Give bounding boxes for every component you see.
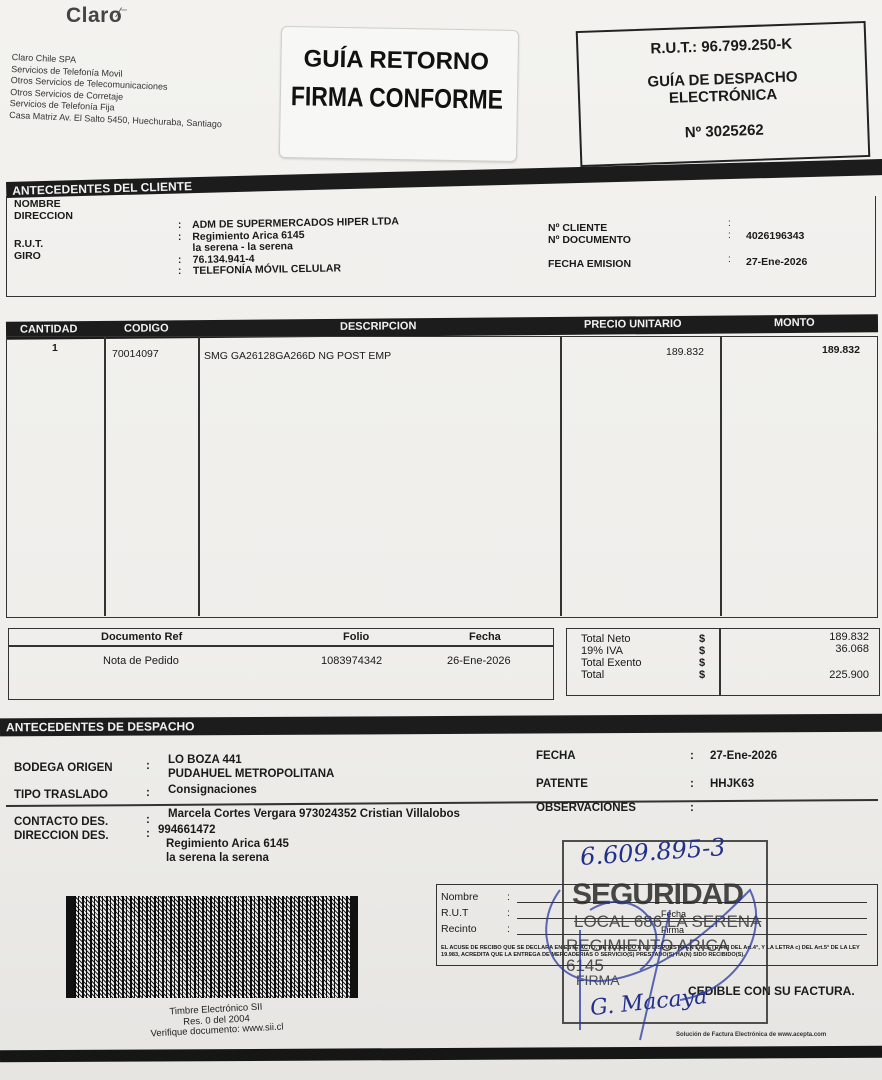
client-labels: NOMBRE DIRECCION R.U.T. GIRO — [14, 198, 73, 262]
label-fecha: FECHA — [536, 750, 576, 762]
row-codigo: 70014097 — [112, 348, 159, 360]
row-cantidad: 1 — [52, 342, 58, 354]
items-table: CANTIDAD CODIGO DESCRIPCION PRECIO UNITA… — [6, 318, 878, 618]
issuer-rut: R.U.T.: 96.799.250-K — [578, 33, 864, 60]
col-codigo: CODIGO — [124, 322, 169, 334]
pdf417-pattern — [74, 896, 356, 998]
col-cantidad: CANTIDAD — [20, 323, 78, 336]
label-bodega-origen: BODEGA ORIGEN — [14, 762, 113, 774]
barcode-guard — [350, 896, 358, 998]
n-documento-value: 4026196343 — [746, 230, 807, 242]
signature-scribble-icon — [520, 850, 800, 1050]
totals-box: Total Neto 19% IVA Total Exento Total $ … — [566, 628, 880, 696]
client-colons: :::: — [178, 220, 181, 278]
barcode-guard — [66, 896, 74, 998]
client-right-colons: ::: — [728, 218, 731, 266]
totals-divider — [719, 629, 721, 695]
direccion-line-2: Regimiento Arica 6145 — [166, 838, 289, 850]
ref-fecha: 26-Ene-2026 — [447, 655, 511, 667]
claro-logo: Claro — [66, 4, 122, 28]
reference-table: Documento Ref Folio Fecha Nota de Pedido… — [8, 628, 554, 700]
contacto-value: Marcela Cortes Vergara 973024352 Cristia… — [168, 808, 460, 820]
col-divider — [198, 336, 200, 616]
label-giro: GIRO — [14, 250, 73, 262]
col-divider — [560, 336, 562, 616]
items-table-frame — [6, 336, 878, 618]
bodega-line-2: PUDAHUEL METROPOLITANA — [168, 768, 334, 780]
rut-box: R.U.T.: 96.799.250-K GUÍA DE DESPACHO EL… — [576, 21, 871, 167]
label-nombre-receptor: Nombre — [441, 891, 478, 903]
timbre-text: Timbre Electrónico SII Res. 0 del 2004 V… — [149, 1002, 284, 1040]
electronic-stamp-barcode — [66, 880, 356, 1010]
dispatch-divider — [6, 799, 878, 807]
total-label: Total — [581, 669, 604, 681]
label-rut-receptor: R.U.T — [441, 907, 468, 919]
dispatch-guide-document: Claro ⁄⁻ Claro Chile SPA Servicios de Te… — [0, 0, 882, 1080]
label-observaciones: OBSERVACIONES — [536, 802, 636, 814]
client-right-values: 4026196343 27-Ene-2026 — [746, 230, 807, 268]
currency-symbol: $ — [699, 657, 705, 669]
label-fecha-emision: FECHA EMISION — [548, 258, 631, 270]
ref-header-folio: Folio — [343, 631, 369, 643]
sticker-line-1: GUÍA RETORNO — [303, 45, 489, 76]
ref-documento: Nota de Pedido — [103, 655, 179, 667]
label-direccion-des: DIRECCION DES. — [14, 830, 109, 842]
fecha-emision-value: 27-Ene-2026 — [746, 256, 807, 268]
patente-value: HHJK63 — [710, 778, 754, 790]
label-patente: PATENTE — [536, 778, 588, 790]
dispatch-section-header: ANTECEDENTES DE DESPACHO — [0, 714, 882, 737]
currency-symbol: $ — [699, 669, 705, 681]
total-neto-label: Total Neto — [581, 633, 631, 645]
col-precio-unitario: PRECIO UNITARIO — [584, 318, 682, 331]
ref-folio: 1083974342 — [321, 655, 382, 667]
iva-value: 36.068 — [835, 643, 869, 655]
bottom-bar — [0, 1046, 882, 1063]
row-monto: 189.832 — [822, 344, 860, 356]
label-n-documento: Nº DOCUMENTO — [548, 234, 631, 246]
ref-separator — [9, 645, 553, 647]
return-guide-sticker: GUÍA RETORNO FIRMA CONFORME — [279, 26, 519, 162]
total-value: 225.900 — [829, 669, 869, 681]
row-precio-unitario: 189.832 — [666, 346, 704, 358]
label-rut: R.U.T. — [14, 238, 73, 250]
ref-header-documento: Documento Ref — [101, 631, 182, 643]
total-neto-value: 189.832 — [829, 631, 869, 643]
company-info: Claro Chile SPA Servicios de Telefonía M… — [9, 52, 225, 130]
client-section-header: ANTECEDENTES DEL CLIENTE — [6, 159, 882, 198]
label-n-cliente: Nº CLIENTE — [548, 222, 631, 234]
total-exento-label: Total Exento — [581, 657, 642, 669]
label-nombre: NOMBRE — [14, 198, 73, 210]
fecha-value: 27-Ene-2026 — [710, 750, 777, 762]
solution-provider: Solución de Factura Electrónica de www.a… — [676, 1032, 826, 1038]
currency-symbol: $ — [699, 645, 705, 657]
logo-rays-icon: ⁄⁻ — [118, 4, 128, 21]
client-right-labels: Nº CLIENTE Nº DOCUMENTO FECHA EMISION — [548, 222, 631, 270]
document-type: GUÍA DE DESPACHO ELECTRÓNICA — [579, 66, 866, 110]
col-divider — [104, 336, 106, 616]
bodega-line-1: LO BOZA 441 — [168, 754, 242, 766]
col-divider — [720, 336, 722, 616]
currency-symbol: $ — [699, 633, 705, 645]
sticker-line-2: FIRMA CONFORME — [291, 81, 504, 116]
tipo-traslado-value: Consignaciones — [168, 784, 257, 796]
ref-header-fecha: Fecha — [469, 631, 501, 643]
iva-label: 19% IVA — [581, 645, 623, 657]
direccion-line-1: 994661472 — [158, 824, 216, 836]
document-number: Nº 3025262 — [581, 118, 867, 145]
direccion-line-3: la serena la serena — [166, 852, 269, 864]
col-descripcion: DESCRIPCION — [340, 320, 417, 333]
label-tipo-traslado: TIPO TRASLADO — [14, 789, 108, 801]
label-direccion: DIRECCION — [14, 210, 73, 222]
label-contacto: CONTACTO DES. — [14, 816, 108, 828]
client-values: ADM DE SUPERMERCADOS HIPER LTDA Regimien… — [192, 216, 400, 277]
col-monto: MONTO — [774, 317, 815, 329]
row-descripcion: SMG GA26128GA266D NG POST EMP — [204, 350, 391, 362]
label-recinto: Recinto — [441, 923, 477, 935]
